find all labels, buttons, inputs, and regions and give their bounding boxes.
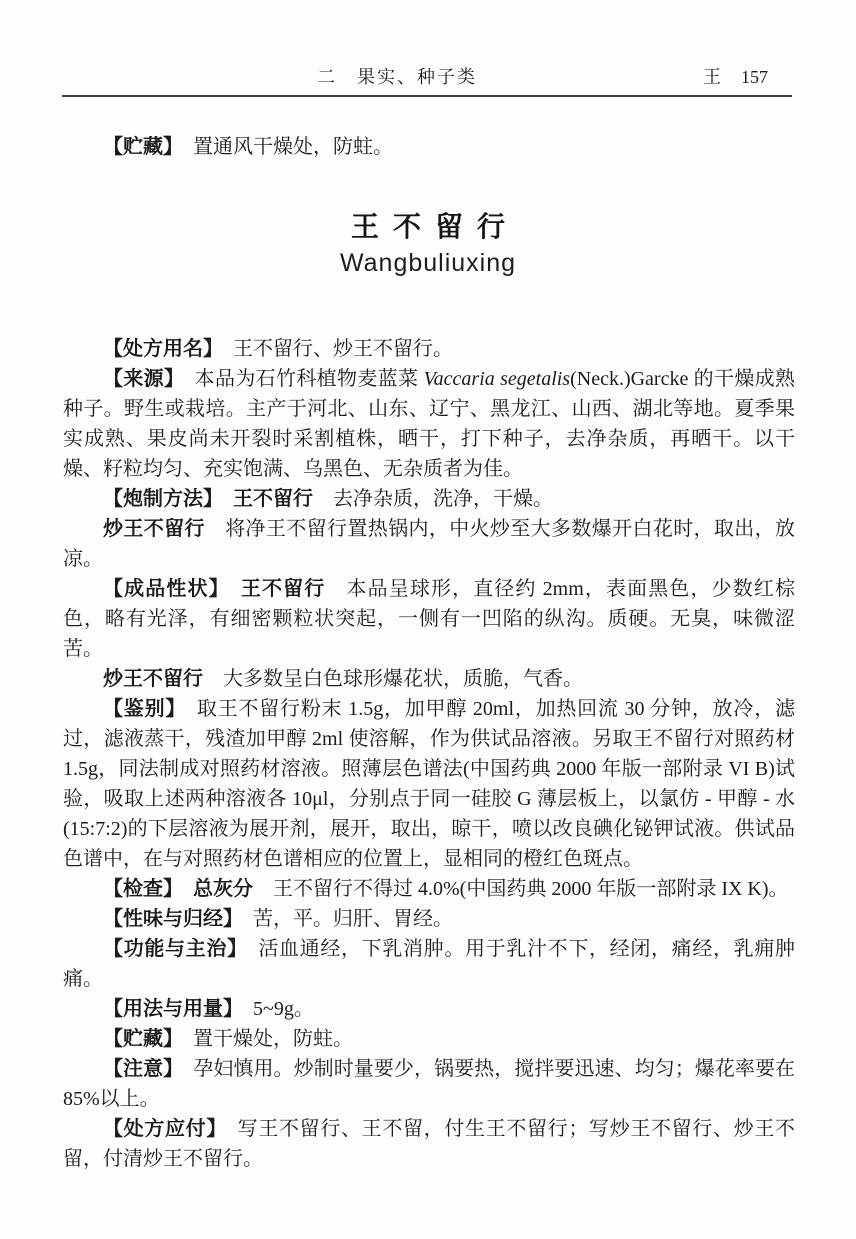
bold-run: 【来源】	[103, 368, 174, 390]
text-run	[173, 878, 193, 900]
para-chengpin-xingzhuang: 【成品性状】 王不留行 本品呈球形，直径约 2mm，表面黑色，少数红棕色，略有光…	[63, 574, 795, 664]
bold-run: 【性味与归经】	[103, 908, 233, 930]
text-run: 本品为石竹科植物麦蓝菜	[174, 368, 423, 390]
para-jianbie: 【鉴别】 取王不留行粉末 1.5g，加甲醇 20ml，加热回流 30 分钟，放冷…	[63, 694, 795, 874]
bold-run: 【成品性状】	[103, 578, 220, 600]
previous-entry-storage-line: 【贮藏】 置通风干燥处，防蛀。	[63, 132, 795, 163]
bold-run: 王不留行	[233, 488, 313, 510]
monograph-title-pinyin: Wangbuliuxing	[0, 249, 856, 278]
para-xingwei-guijing: 【性味与归经】 苦，平。归肝、胃经。	[63, 904, 795, 934]
header-page-number: 157	[741, 67, 768, 87]
text-run: 王不留行不得过 4.0%(中国药典 2000 年版一部附录 IX K)。	[253, 878, 789, 900]
para-chufang-yingfu: 【处方应付】 写王不留行、王不留，付生王不留行；写炒王不留行、炒王不留，付清炒王…	[63, 1114, 795, 1174]
para-laiyuan: 【来源】 本品为石竹科植物麦蓝菜 Vaccaria segetalis(Neck…	[63, 364, 795, 484]
text-run: 王不留行、炒王不留行。	[213, 338, 453, 360]
header-section-character: 王	[703, 67, 721, 87]
text-run: 去净杂质，洗净，干燥。	[313, 488, 553, 510]
bold-run: 【用法与用量】	[103, 998, 233, 1020]
header-chapter-title: 二 果实、种子类	[62, 63, 732, 89]
para-gongneng-zhuzhi: 【功能与主治】 活血通经，下乳消肿。用于乳汁不下，经闭，痛经，乳痈肿痛。	[63, 934, 795, 994]
running-header: 二 果实、种子类 王157	[62, 62, 792, 97]
para-zhuyi: 【注意】 孕妇慎用。炒制时量要少，锅要热，搅拌要迅速、均匀；爆花率要在 85%以…	[63, 1054, 795, 1114]
para-chao-wangbuliuxing-xingzhuang: 炒王不留行 大多数呈白色球形爆花状，质脆，气香。	[63, 664, 795, 694]
bold-run: 总灰分	[193, 878, 253, 900]
bold-run: 【检查】	[103, 878, 173, 900]
text-run: 置干燥处，防蛀。	[173, 1028, 353, 1050]
text-run	[220, 578, 241, 600]
monograph-title-chinese: 王不留行	[0, 205, 856, 245]
bold-run: 炒王不留行	[103, 668, 203, 690]
bold-run: 王不留行	[241, 578, 325, 600]
bold-run: 【炮制方法】	[103, 488, 213, 510]
text-run: 大多数呈白色球形爆花状，质脆，气香。	[203, 668, 583, 690]
bold-run: 【贮藏】	[103, 136, 173, 158]
para-yongfa-yongliang: 【用法与用量】 5~9g。	[63, 994, 795, 1024]
italic-run: Vaccaria segetalis	[424, 368, 570, 390]
bold-run: 【处方应付】	[103, 1118, 217, 1140]
text-run: 5~9g。	[233, 998, 314, 1020]
text-run: 苦，平。归肝、胃经。	[233, 908, 453, 930]
para-zhucang: 【贮藏】 置干燥处，防蛀。	[63, 1024, 795, 1054]
para-chufang-yongming: 【处方用名】 王不留行、炒王不留行。	[63, 334, 795, 364]
para-chao-wangbuliuxing-paozhi: 炒王不留行 将净王不留行置热锅内，中火炒至大多数爆开白花时，取出，放凉。	[63, 514, 795, 574]
bold-run: 【鉴别】	[103, 698, 176, 720]
text-run	[213, 488, 233, 510]
book-page: 二 果实、种子类 王157 【贮藏】 置通风干燥处，防蛀。 王不留行 Wangb…	[0, 0, 856, 1239]
monograph-body: 【处方用名】 王不留行、炒王不留行。【来源】 本品为石竹科植物麦蓝菜 Vacca…	[63, 334, 795, 1174]
bold-run: 【处方用名】	[103, 338, 213, 360]
para-paozhi-fangfa: 【炮制方法】 王不留行 去净杂质，洗净，干燥。	[63, 484, 795, 514]
para-jiancha: 【检查】 总灰分 王不留行不得过 4.0%(中国药典 2000 年版一部附录 I…	[63, 874, 795, 904]
bold-run: 【注意】	[103, 1058, 173, 1080]
bold-run: 【贮藏】	[103, 1028, 173, 1050]
bold-run: 炒王不留行	[103, 518, 205, 540]
header-right-group: 王157	[703, 63, 768, 89]
text-run: 置通风干燥处，防蛀。	[173, 136, 393, 158]
text-run: 孕妇慎用。炒制时量要少，锅要热，搅拌要迅速、均匀；爆花率要在 85%以上。	[63, 1058, 795, 1110]
text-run: 取王不留行粉末 1.5g，加甲醇 20ml，加热回流 30 分钟，放冷，滤过，滤…	[63, 698, 795, 870]
bold-run: 【功能与主治】	[103, 938, 238, 960]
